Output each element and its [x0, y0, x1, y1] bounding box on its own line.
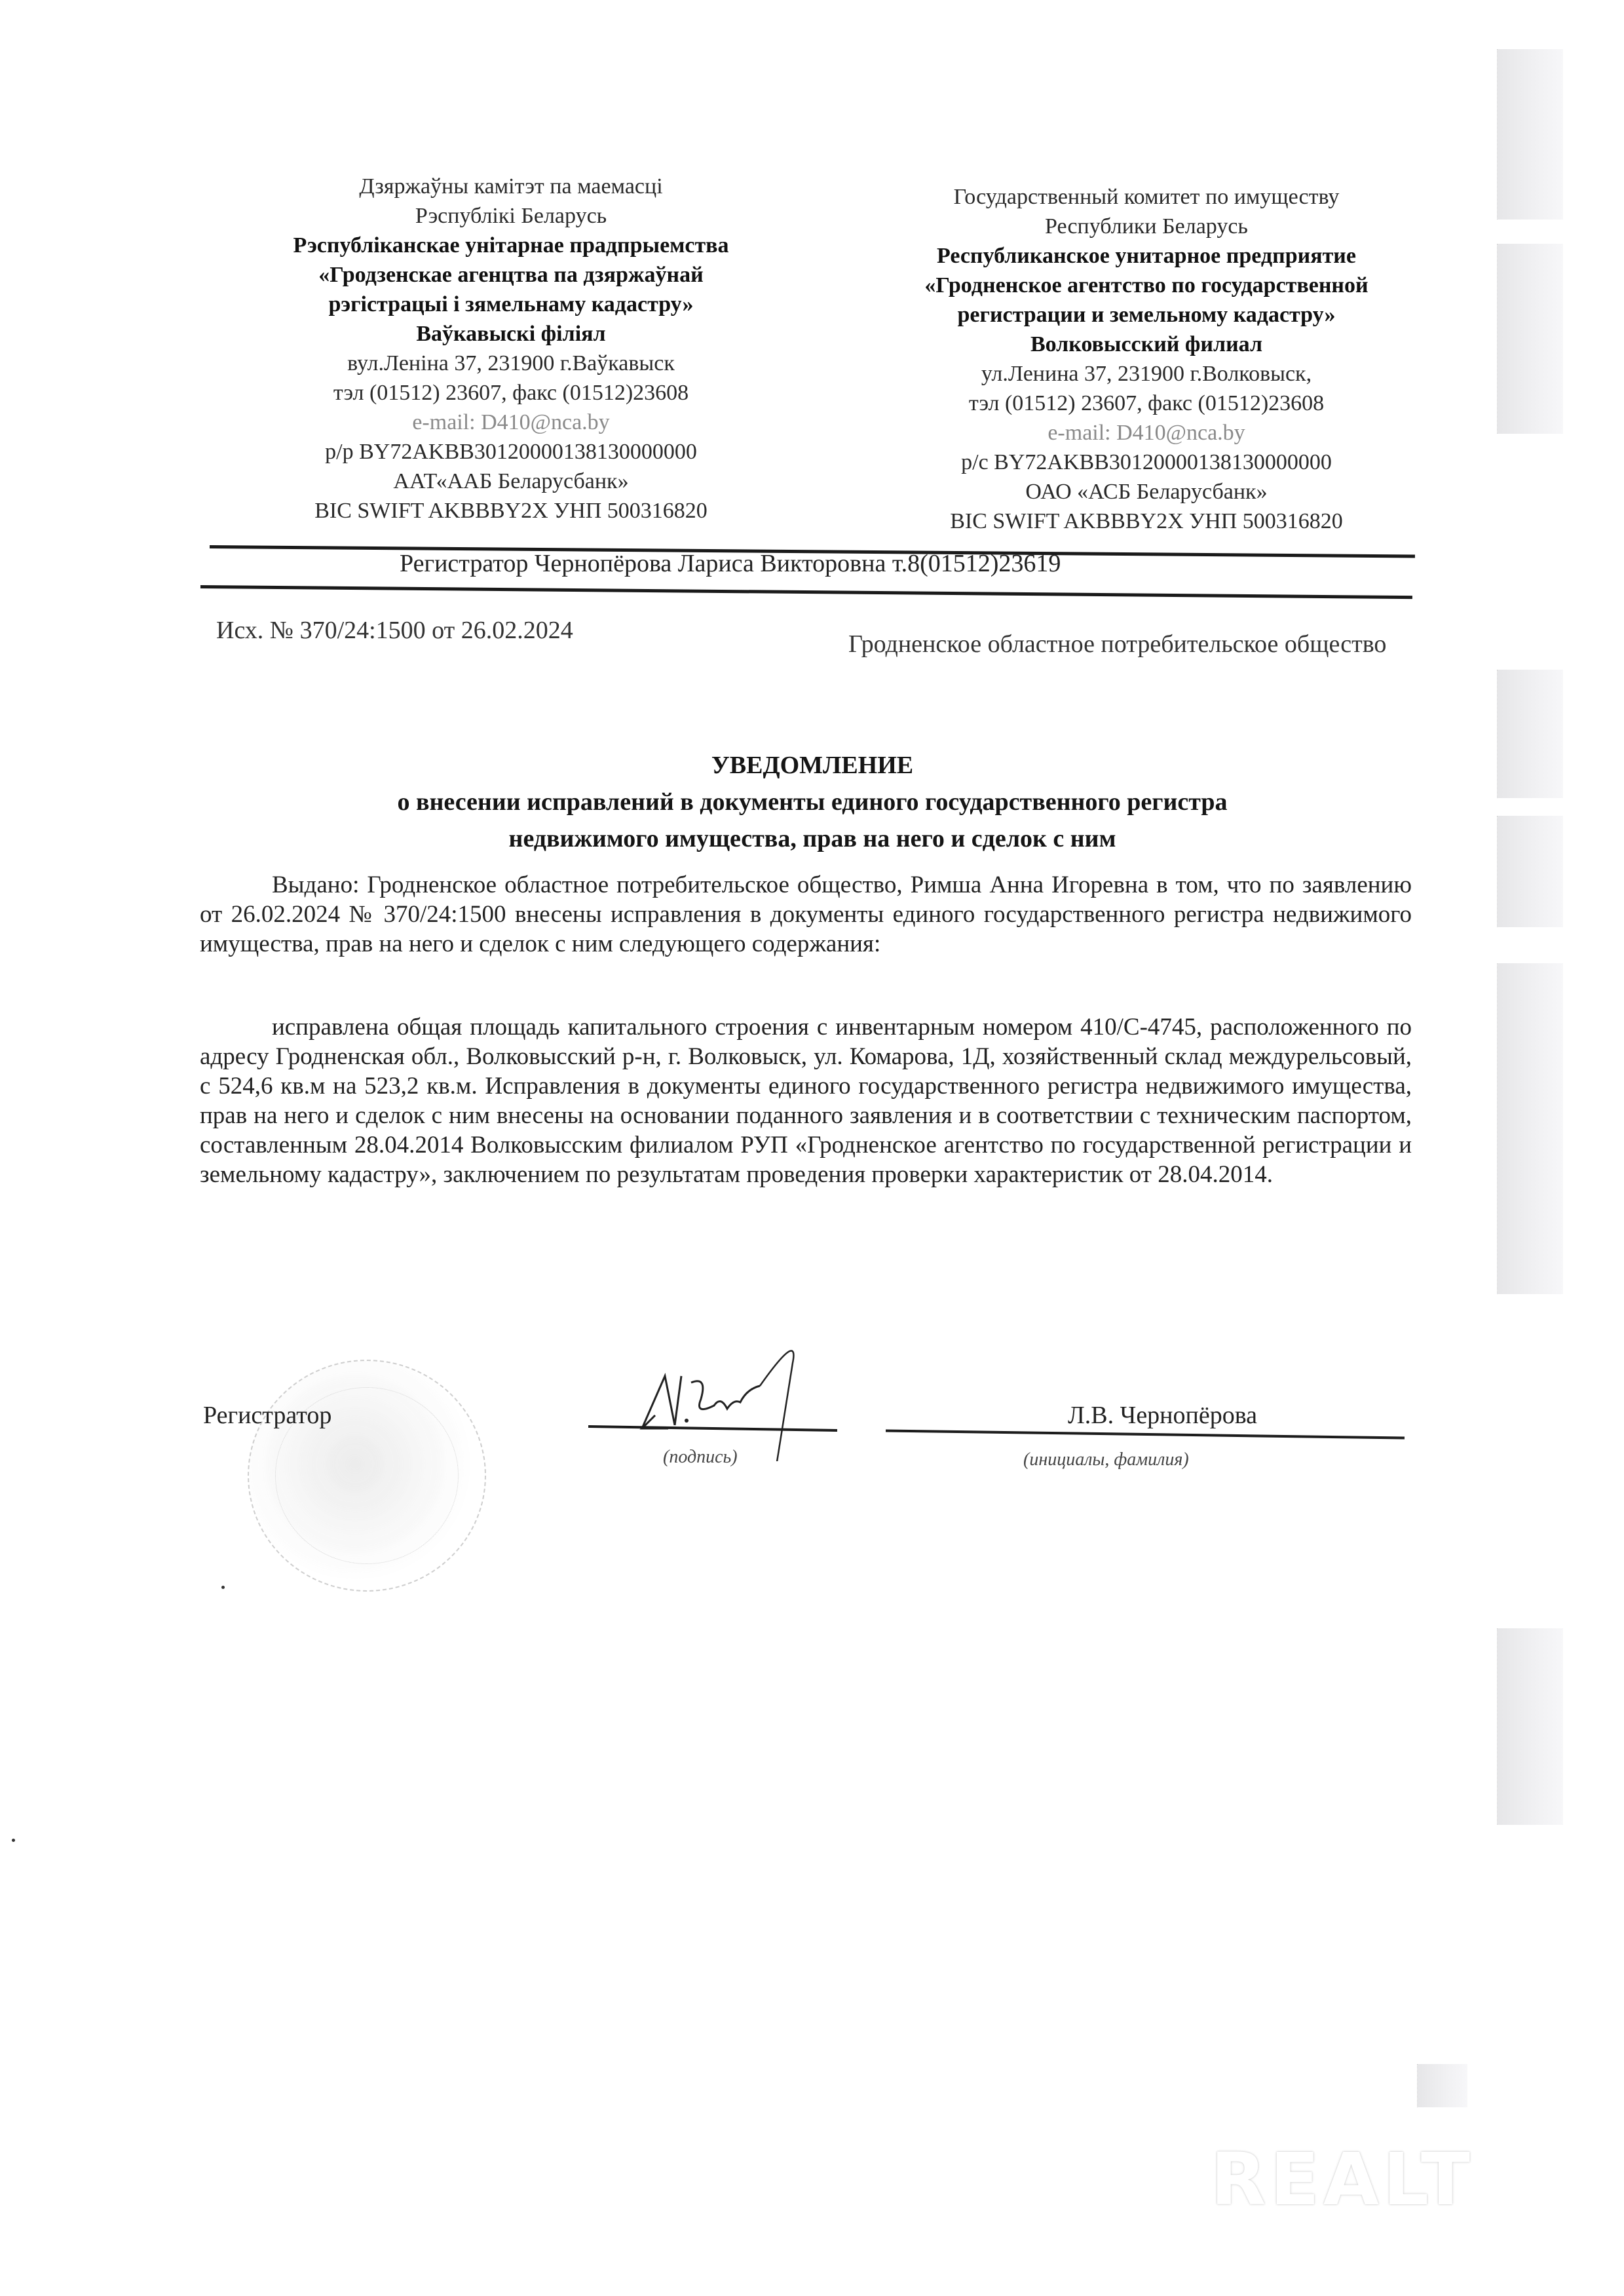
scan-speck: [12, 1839, 15, 1842]
name-caption: (инициалы, фамилия): [1023, 1449, 1189, 1470]
header-ru-line: Республики Беларусь: [878, 212, 1415, 241]
handwritten-signature-icon: [629, 1337, 845, 1461]
header-ru-line: ул.Ленина 37, 231900 г.Волковыск,: [878, 359, 1415, 389]
header-russian: Государственный комитет по имуществу Рес…: [878, 182, 1415, 536]
header-by-line: Рэспублікі Беларусь: [223, 201, 799, 231]
divider-bottom: [200, 585, 1412, 599]
header-belarusian: Дзяржаўны камітэт па маемасці Рэспублікі…: [223, 172, 799, 526]
header-ru-line: «Гродненское агентство по государственно…: [878, 271, 1415, 300]
notice-heading: УВЕДОМЛЕНИЕ: [197, 747, 1428, 784]
scan-artifact: [1417, 2064, 1467, 2107]
header-ru-line: BIC SWIFT AKBBBY2X УНП 500316820: [878, 507, 1415, 536]
scan-artifact: [1497, 49, 1563, 220]
header-ru-line: Республиканское унитарное предприятие: [878, 241, 1415, 271]
name-line: [886, 1429, 1405, 1439]
addressee: Гродненское областное потребительское об…: [848, 626, 1425, 662]
header-by-line: р/р BY72AKBB30120000138130000000: [223, 437, 799, 467]
notice-subtitle: о внесении исправлений в документы едино…: [197, 784, 1428, 820]
header-ru-line: Волковысский филиал: [878, 330, 1415, 359]
scan-artifact: [1497, 1628, 1563, 1825]
header-ru-line: тэл (01512) 23607, факс (01512)23608: [878, 389, 1415, 418]
header-by-line: Ваўкавыскі філіял: [223, 319, 799, 349]
header-by-line: вул.Леніна 37, 231900 г.Ваўкавыск: [223, 349, 799, 378]
scan-artifact: [1497, 816, 1563, 927]
body-paragraph-issued: Выдано: Гродненское областное потребител…: [200, 870, 1412, 959]
header-ru-email: e-mail: D410@nca.by: [878, 418, 1415, 448]
header-ru-line: ОАО «АСБ Беларусбанк»: [878, 477, 1415, 507]
document-page: Дзяржаўны камітэт па маемасці Рэспублікі…: [0, 0, 1624, 2296]
registrar-contact-line: Регистратор Чернопёрова Лариса Викторовн…: [400, 549, 1061, 578]
header-by-line: «Гродзенскае агенцтва па дзяржаўнай: [223, 260, 799, 290]
paragraph-text: исправлена общая площадь капитального ст…: [200, 1012, 1412, 1189]
outgoing-reference: Исх. № 370/24:1500 от 26.02.2024: [216, 616, 573, 645]
header-by-line: BIC SWIFT AKBBBY2X УНП 500316820: [223, 496, 799, 526]
header-by-email: e-mail: D410@nca.by: [223, 408, 799, 437]
header-by-line: Дзяржаўны камітэт па маемасці: [223, 172, 799, 201]
header-by-line: Рэспубліканскае унітарнае прадпрыемства: [223, 231, 799, 260]
scan-artifact: [1497, 963, 1563, 1294]
header-ru-line: Государственный комитет по имуществу: [878, 182, 1415, 212]
header-ru-line: регистрации и земельному кадастру»: [878, 300, 1415, 330]
header-ru-line: р/с BY72AKBB30120000138130000000: [878, 448, 1415, 477]
notice-title-block: УВЕДОМЛЕНИЕ о внесении исправлений в док…: [197, 747, 1428, 857]
signer-role-label: Регистратор: [203, 1401, 331, 1430]
realt-watermark-logo: REALT: [1211, 2137, 1474, 2221]
official-stamp-seal: [248, 1360, 486, 1592]
notice-subtitle: недвижимого имущества, прав на него и сд…: [197, 820, 1428, 857]
signature-caption: (подпись): [663, 1447, 738, 1468]
scan-artifact: [1497, 670, 1563, 798]
body-paragraph-correction: исправлена общая площадь капитального ст…: [200, 1012, 1412, 1189]
header-by-line: ААТ«ААБ Беларусбанк»: [223, 467, 799, 496]
paragraph-text: Выдано: Гродненское областное потребител…: [200, 870, 1412, 959]
scan-artifact: [1497, 244, 1563, 434]
scan-speck: [221, 1586, 225, 1589]
header-by-line: тэл (01512) 23607, факс (01512)23608: [223, 378, 799, 408]
header-by-line: рэгістрацыі і зямельнаму кадастру»: [223, 290, 799, 319]
signer-name: Л.В. Чернопёрова: [1068, 1401, 1257, 1430]
